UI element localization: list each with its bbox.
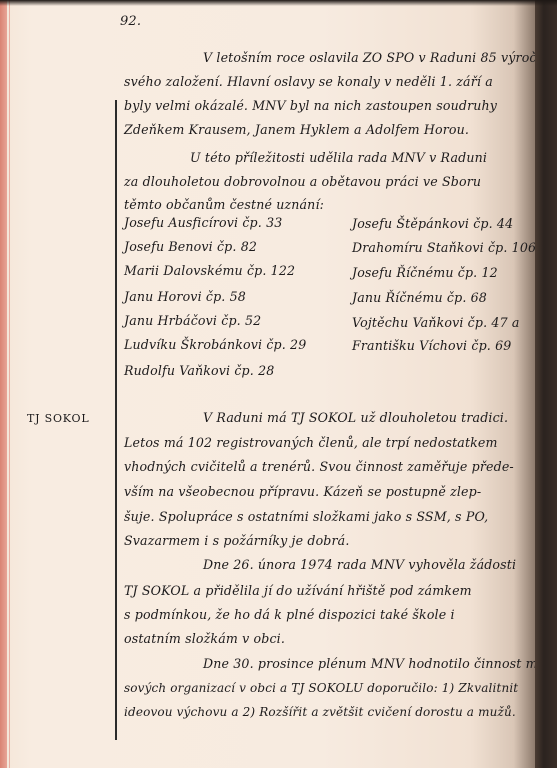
honoree-left: Marii Dalovskému čp. 122 <box>124 263 295 278</box>
text-line: Dne 30. prosince plénum MNV hodnotilo či… <box>203 656 535 671</box>
text-line: Svazarmem i s požárníky je dobrá. <box>124 533 350 548</box>
text-line: s podmínkou, že ho dá k plné dispozici t… <box>124 607 455 622</box>
text-line: sových organizací v obci a TJ SOKOLU dop… <box>124 681 518 695</box>
text-line: Letos má 102 registrovaných členů, ale t… <box>124 435 498 450</box>
text-line: za dlouholetou dobrovolnou a obětavou pr… <box>124 174 481 189</box>
honoree-left: Rudolfu Vaňkovi čp. 28 <box>124 363 274 378</box>
text-line: TJ SOKOL a přidělila jí do užívání hřišt… <box>124 583 472 598</box>
text-line: ostatním složkám v obci. <box>124 631 285 646</box>
honoree-right: Janu Říčnému čp. 68 <box>352 290 487 305</box>
honoree-right: Františku Víchovi čp. 69 <box>352 338 511 353</box>
honoree-right: Drahomíru Staňkovi čp. 106 <box>352 240 535 255</box>
margin-rule <box>115 100 117 740</box>
text-line: vhodných cvičitelů a trenérů. Svou činno… <box>124 459 514 474</box>
margin-heading-tj-sokol: TJ SOKOL <box>27 412 89 425</box>
text-line: těmto občanům čestné uznání: <box>124 197 324 212</box>
text-line: šuje. Spolupráce s ostatními složkami ja… <box>124 509 488 524</box>
top-shadow <box>0 0 557 6</box>
text-line: byly velmi okázalé. MNV byl na nich zast… <box>124 98 497 113</box>
text-line: V Raduni má TJ SOKOL už dlouholetou trad… <box>203 410 508 425</box>
honoree-left: Josefu Ausficírovi čp. 33 <box>124 215 282 230</box>
text-line: U této příležitosti udělila rada MNV v R… <box>190 150 487 165</box>
page-number: 92. <box>120 14 141 29</box>
text-line: V letošním roce oslavila ZO SPO v Raduni… <box>203 50 535 65</box>
honoree-right: Josefu Říčnému čp. 12 <box>352 265 498 280</box>
text-line: svého založení. Hlavní oslavy se konaly … <box>124 74 493 89</box>
red-page-edge <box>0 0 7 768</box>
honoree-right: Josefu Štěpánkovi čp. 44 <box>352 216 513 231</box>
honoree-left: Janu Horovi čp. 58 <box>124 289 246 304</box>
text-line: Dne 26. února 1974 rada MNV vyhověla žád… <box>203 557 516 572</box>
red-margin-line <box>9 0 10 768</box>
chronicle-page: 92. V letošním roce oslavila ZO SPO v Ra… <box>0 0 535 768</box>
text-line: ideovou výchovu a 2) Rozšířit a zvětšit … <box>124 705 516 719</box>
honoree-left: Janu Hrbáčovi čp. 52 <box>124 313 261 328</box>
text-line: Zdeňkem Krausem, Janem Hyklem a Adolfem … <box>124 122 469 137</box>
book-binding-shadow <box>535 0 557 768</box>
honoree-left: Josefu Benovi čp. 82 <box>124 239 257 254</box>
honoree-left: Ludvíku Škrobánkovi čp. 29 <box>124 337 306 352</box>
text-line: vším na všeobecnou přípravu. Kázeň se po… <box>124 484 481 499</box>
honoree-right: Vojtěchu Vaňkovi čp. 47 a <box>352 315 520 330</box>
